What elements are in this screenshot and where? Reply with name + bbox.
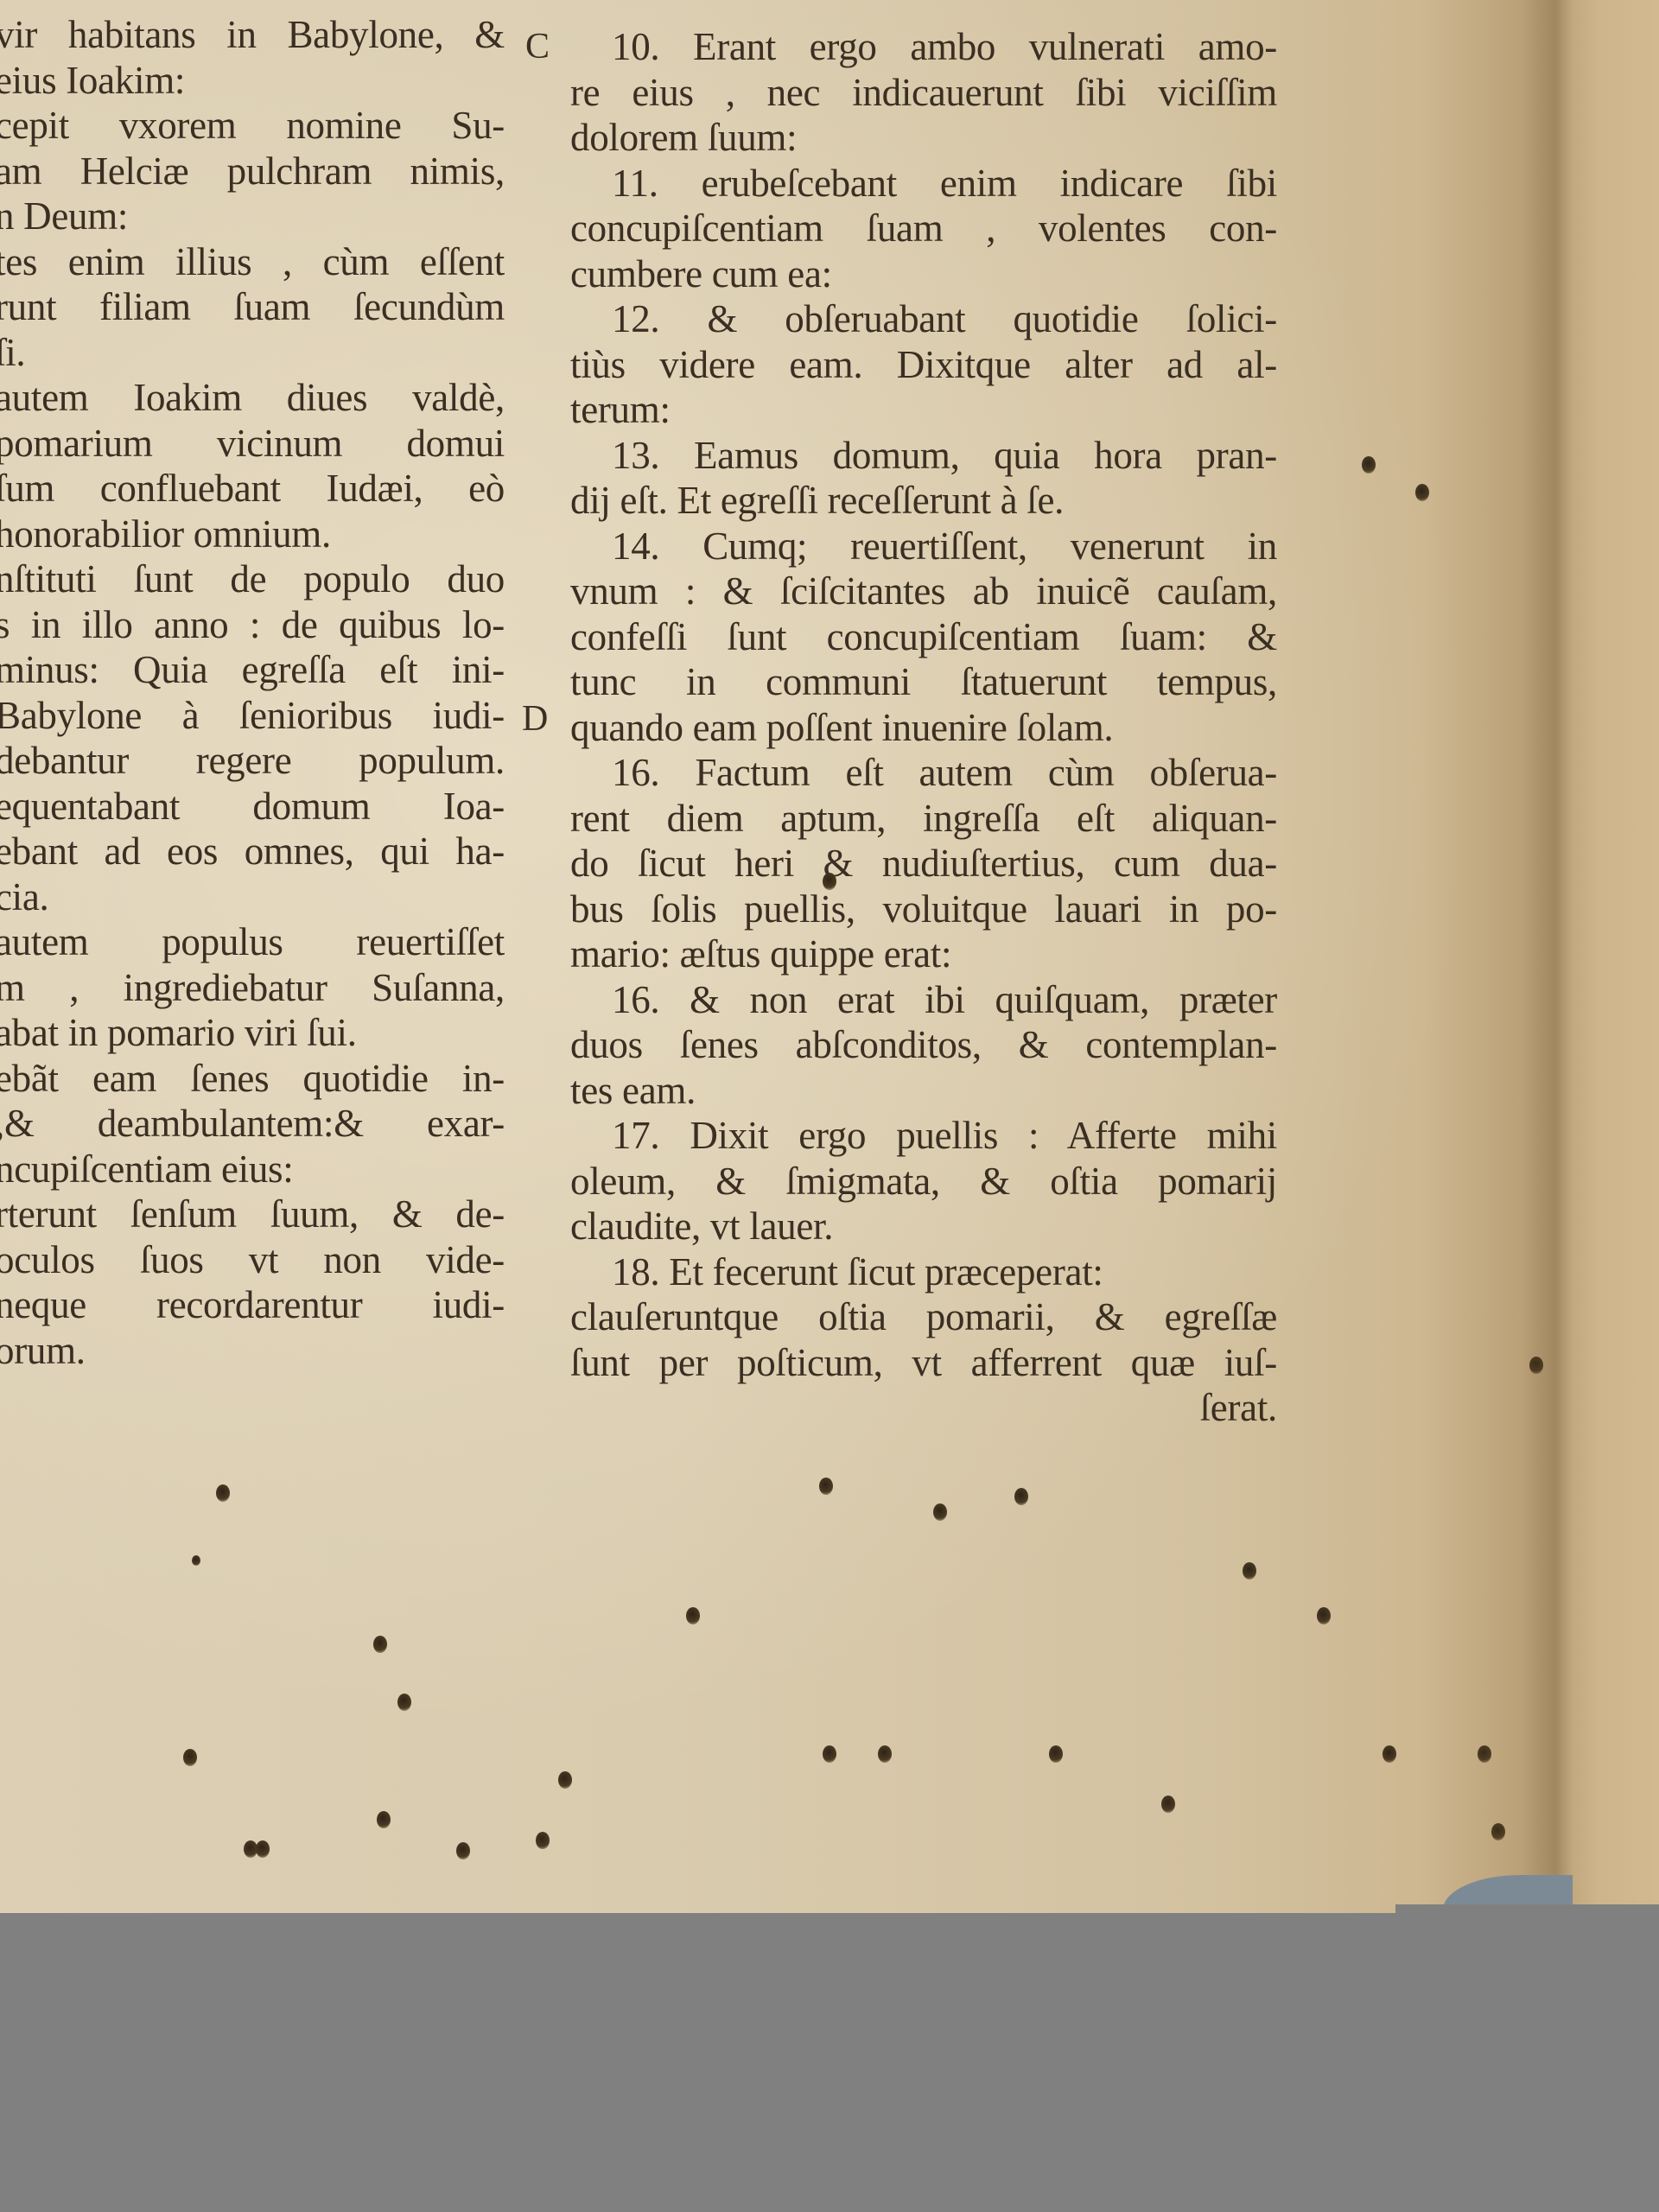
wormhole-spot	[536, 1832, 550, 1849]
text-line: runt filiam ſuam ſecundùm	[0, 284, 505, 330]
text-line: 18. Et fecerunt ſicut præceperat:	[570, 1249, 1277, 1295]
text-line: minus: Quia egreſſa eſt ini-	[0, 647, 505, 693]
wormhole-spot	[686, 1607, 700, 1624]
text-line: duos ſenes abſconditos, & contemplan-	[570, 1022, 1277, 1068]
text-line: concupiſcentiam ſuam , volentes con-	[570, 206, 1277, 251]
text-line: 11. erubeſcebant enim indicare ſibi	[570, 161, 1277, 207]
text-line: oleum, & ſmigmata, & oſtia pomarij	[570, 1159, 1277, 1205]
text-line: confeſſi ſunt concupiſcentiam ſuam: &	[570, 614, 1277, 660]
wormhole-spot	[823, 873, 836, 890]
text-line: cia.	[0, 874, 505, 920]
text-line: ebant ad eos omnes, qui ha-	[0, 829, 505, 874]
wormhole-spot	[456, 1842, 470, 1859]
text-line: claudite, vt lauer.	[570, 1204, 1277, 1249]
wormhole-spot	[1243, 1562, 1256, 1580]
wormhole-spot	[377, 1811, 391, 1828]
text-line: ,& deambulantem:& exar-	[0, 1101, 505, 1147]
text-line: nſtituti ſunt de populo duo	[0, 556, 505, 602]
text-line: autem populus reuertiſſet	[0, 919, 505, 965]
text-line: bus ſolis puellis, voluitque lauari in p…	[570, 887, 1277, 932]
text-line: dolorem ſuum:	[570, 115, 1277, 161]
text-line: mario: æſtus quippe erat:	[570, 931, 1277, 977]
wormhole-spot	[1415, 484, 1429, 501]
text-line: rent diem aptum, ingreſſa eſt aliquan-	[570, 796, 1277, 842]
text-line: neque recordarentur iudi-	[0, 1282, 505, 1328]
text-line: re eius , nec indicauerunt ſibi viciſſim	[570, 70, 1277, 116]
text-line: Babylone à ſenioribus iudi-	[0, 693, 505, 739]
text-line: tiùs videre eam. Dixitque alter ad al-	[570, 342, 1277, 388]
text-line: cepit vxorem nomine Su-	[0, 103, 505, 149]
text-line: terum:	[570, 387, 1277, 433]
wormhole-spot	[183, 1749, 197, 1766]
text-line: 13. Eamus domum, quia hora pran-	[570, 433, 1277, 479]
text-line: tunc in communi ſtatuerunt tempus,	[570, 659, 1277, 705]
text-line: ncupiſcentiam eius:	[0, 1147, 505, 1192]
wormhole-spot	[1049, 1745, 1063, 1763]
text-line: ſum confluebant Iudæi, eò	[0, 466, 505, 512]
right-text-column: 10. Erant ergo ambo vulnerati amo-re eiu…	[570, 24, 1277, 1431]
wormhole-spot	[1529, 1357, 1543, 1374]
text-line: 12. & obſeruabant quotidie ſolici-	[570, 296, 1277, 342]
text-line: ſerat.	[570, 1385, 1277, 1431]
margin-letter-d: D	[522, 698, 548, 740]
text-line: am Helciæ pulchram nimis,	[0, 149, 505, 194]
wormhole-spot	[933, 1503, 947, 1521]
wormhole-spot	[878, 1745, 892, 1763]
wormhole-spot	[819, 1478, 833, 1495]
text-line: ſunt per poſticum, vt afferrent quæ iuſ-	[570, 1340, 1277, 1386]
text-line: n Deum:	[0, 194, 505, 239]
text-line: eius Ioakim:	[0, 58, 505, 104]
text-line: ſi.	[0, 330, 505, 376]
wormhole-spot	[1382, 1745, 1396, 1763]
text-line: pomarium vicinum domui	[0, 421, 505, 467]
text-line: do ſicut heri & nudiuſtertius, cum dua-	[570, 841, 1277, 887]
text-line: 14. Cumq; reuertiſſent, venerunt in	[570, 524, 1277, 569]
text-line: autem Ioakim diues valdè,	[0, 375, 505, 421]
left-text-column: vir habitans in Babylone, & eius Ioakim:…	[0, 12, 505, 1373]
wormhole-spot	[1317, 1607, 1331, 1624]
text-line: honorabilior omnium.	[0, 512, 505, 557]
text-line: equentabant domum Ioa-	[0, 784, 505, 829]
wormhole-spot	[823, 1745, 836, 1763]
text-line: vnum : & ſciſcitantes ab inuicẽ cauſam,	[570, 569, 1277, 614]
text-line: oculos ſuos vt non vide-	[0, 1237, 505, 1283]
text-line: tes eam.	[570, 1068, 1277, 1114]
gray-fill-step	[1395, 1904, 1659, 1913]
text-line: cumbere cum ea:	[570, 251, 1277, 297]
text-line: orum.	[0, 1328, 505, 1374]
book-page-photo: C D vir habitans in Babylone, & eius Ioa…	[0, 0, 1659, 1913]
text-line: debantur regere populum.	[0, 738, 505, 784]
text-line: rterunt ſenſum ſuum, & de-	[0, 1192, 505, 1237]
text-line: abat in pomario viri ſui.	[0, 1010, 505, 1056]
text-line: 16. & non erat ibi quiſquam, præter	[570, 977, 1277, 1023]
wormhole-spot	[1014, 1488, 1028, 1505]
text-line: quando eam poſſent inuenire ſolam.	[570, 705, 1277, 751]
text-line: tes enim illius , cùm eſſent	[0, 239, 505, 285]
text-line: clauſeruntque oſtia pomarii, & egreſſæ	[570, 1294, 1277, 1340]
wormhole-spot	[558, 1771, 572, 1789]
wormhole-spot	[373, 1636, 387, 1653]
wormhole-spot	[397, 1694, 411, 1711]
text-line: m , ingrediebatur Suſanna,	[0, 965, 505, 1011]
text-line: s in illo anno : de quibus lo-	[0, 602, 505, 648]
wormhole-spot	[192, 1555, 200, 1566]
margin-letter-c: C	[525, 26, 550, 67]
text-line: ebãt eam ſenes quotidie in-	[0, 1056, 505, 1102]
text-line: 10. Erant ergo ambo vulnerati amo-	[570, 24, 1277, 70]
wormhole-spot	[1362, 456, 1376, 474]
wormhole-spot	[1478, 1745, 1491, 1763]
text-line: dij eſt. Et egreſſi receſſerunt à ſe.	[570, 478, 1277, 524]
text-line: vir habitans in Babylone, &	[0, 12, 505, 58]
gray-fill-area	[0, 1913, 1659, 2212]
text-line: 17. Dixit ergo puellis : Afferte mihi	[570, 1113, 1277, 1159]
wormhole-spot	[1491, 1823, 1505, 1840]
wormhole-spot	[1161, 1796, 1175, 1813]
wormhole-spot	[256, 1840, 270, 1858]
text-line: 16. Factum eſt autem cùm obſerua-	[570, 750, 1277, 796]
wormhole-spot	[216, 1484, 230, 1502]
